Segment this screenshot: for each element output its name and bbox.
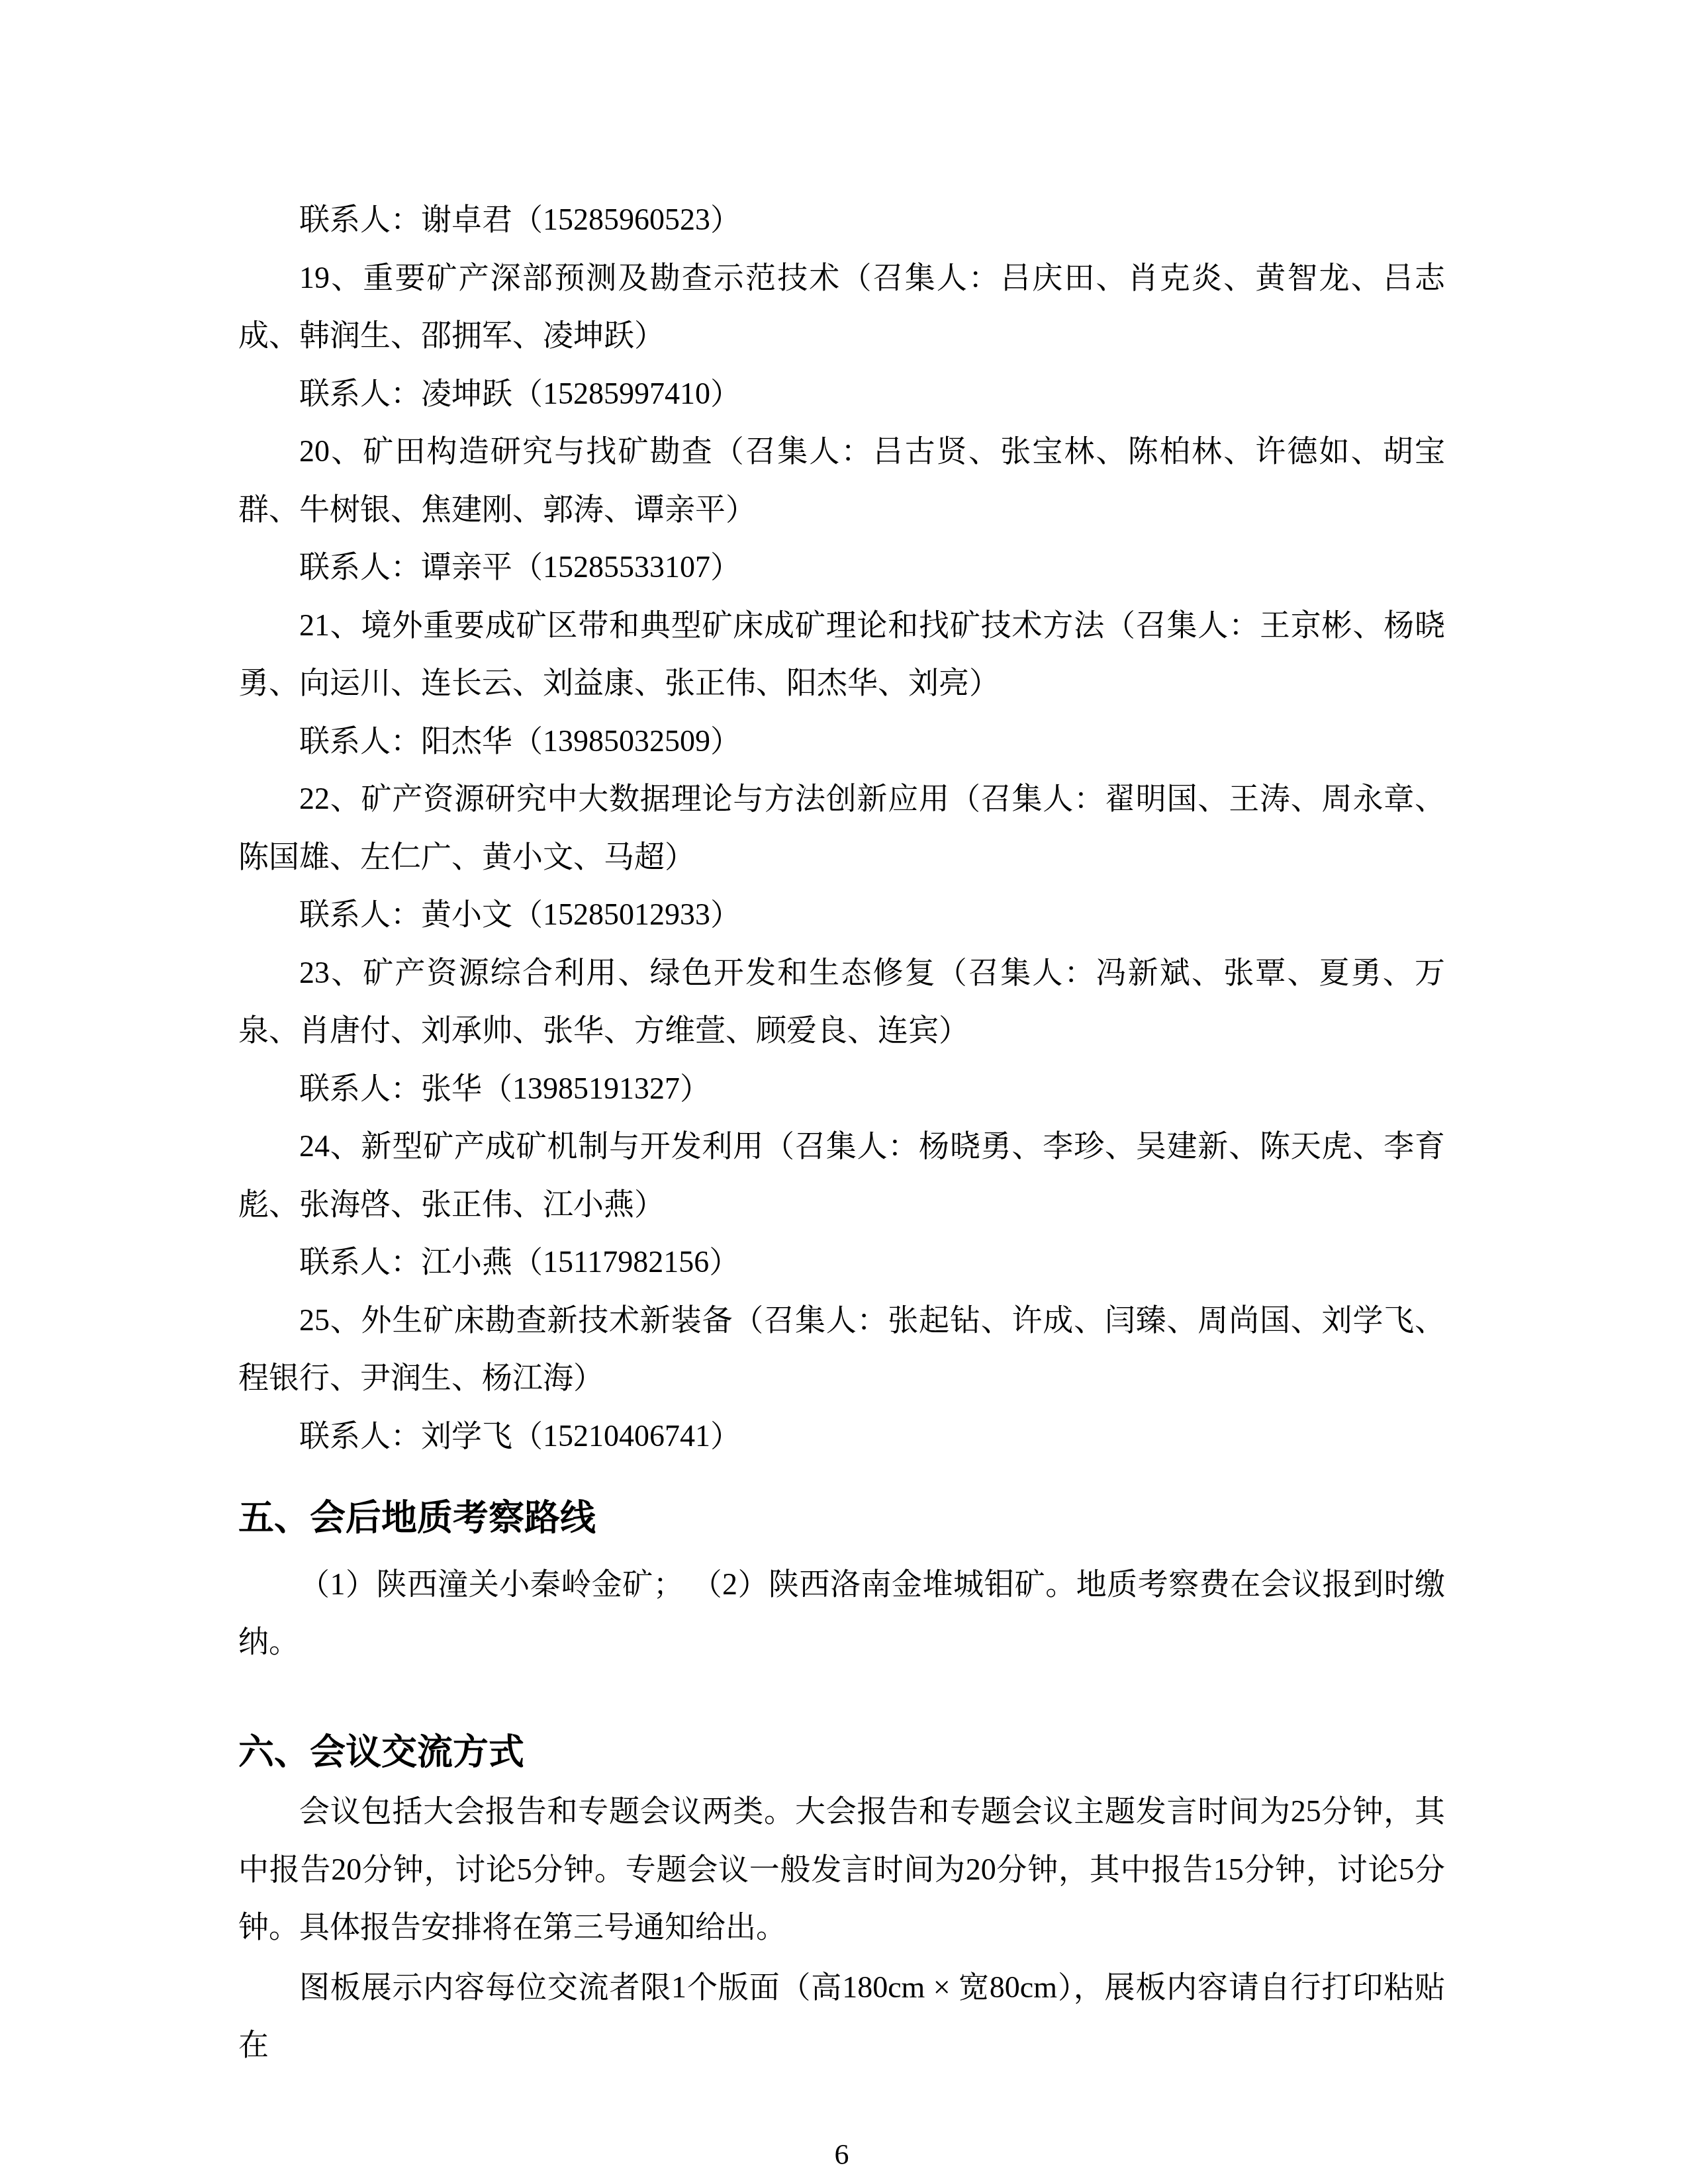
page-content: 联系人：谢卓君（15285960523） 19、重要矿产深部预测及勘查示范技术（… bbox=[238, 191, 1445, 2175]
contact-line: 联系人：江小燕（15117982156） bbox=[238, 1233, 1445, 1291]
topic-line: 23、矿产资源综合利用、绿色开发和生态修复（召集人：冯新斌、张覃、夏勇、万泉、肖… bbox=[238, 944, 1445, 1060]
section-5-body: （1）陕西潼关小秦岭金矿； （2）陕西洛南金堆城钼矿。地质考察费在会议报到时缴纳… bbox=[238, 1555, 1445, 1671]
topic-line: 22、矿产资源研究中大数据理论与方法创新应用（召集人：翟明国、王涛、周永章、陈国… bbox=[238, 770, 1445, 886]
contact-line: 联系人：阳杰华（13985032509） bbox=[238, 712, 1445, 770]
contact-line: 联系人：谭亲平（15285533107） bbox=[238, 538, 1445, 596]
document-page: 联系人：谢卓君（15285960523） 19、重要矿产深部预测及勘查示范技术（… bbox=[0, 0, 1688, 2184]
section-6-paragraph-2: 图板展示内容每位交流者限1个版面（高180cm × 宽80cm），展板内容请自行… bbox=[238, 1958, 1445, 2074]
contact-line: 联系人：凌坤跃（15285997410） bbox=[238, 365, 1445, 423]
section-6-heading: 六、会议交流方式 bbox=[238, 1724, 1445, 1782]
contact-line: 联系人：黄小文（15285012933） bbox=[238, 886, 1445, 944]
topic-line: 25、外生矿床勘查新技术新装备（召集人：张起钻、许成、闫臻、周尚国、刘学飞、程银… bbox=[238, 1291, 1445, 1407]
topic-line: 20、矿田构造研究与找矿勘查（召集人：吕古贤、张宝林、陈柏林、许德如、胡宝群、牛… bbox=[238, 422, 1445, 538]
page-number: 6 bbox=[238, 2135, 1445, 2175]
contact-line: 联系人：谢卓君（15285960523） bbox=[238, 191, 1445, 249]
contact-line: 联系人：张华（13985191327） bbox=[238, 1060, 1445, 1118]
section-5-heading: 五、会后地质考察路线 bbox=[238, 1490, 1445, 1548]
contact-line: 联系人：刘学飞（15210406741） bbox=[238, 1407, 1445, 1465]
section-6-paragraph-1: 会议包括大会报告和专题会议两类。大会报告和专题会议主题发言时间为25分钟，其中报… bbox=[238, 1782, 1445, 1956]
topic-line: 19、重要矿产深部预测及勘查示范技术（召集人：吕庆田、肖克炎、黄智龙、吕志成、韩… bbox=[238, 249, 1445, 365]
topic-line: 21、境外重要成矿区带和典型矿床成矿理论和找矿技术方法（召集人：王京彬、杨晓勇、… bbox=[238, 596, 1445, 712]
topic-line: 24、新型矿产成矿机制与开发利用（召集人：杨晓勇、李珍、吴建新、陈天虎、李育彪、… bbox=[238, 1117, 1445, 1233]
